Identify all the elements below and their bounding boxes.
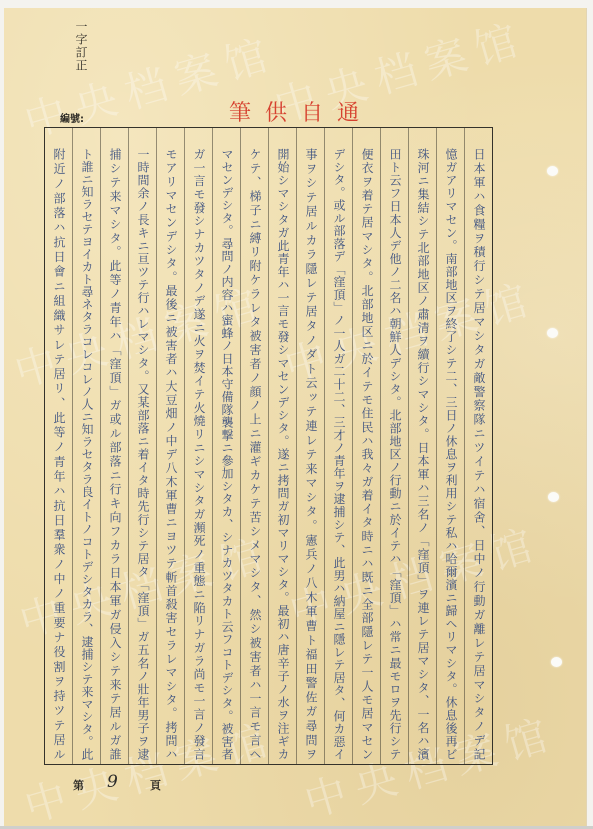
text-column: ガ一言モ發シナカツタノデ遂ニ火ヲ焚イテ火燒リニシマシタガ瀕死ノ重態ニ陥リナガラ尚… (184, 128, 212, 764)
column-text: ケテ、梯子ニ縛リ附ケラレタ被害者ノ顔ノ上ニ灌ギカケテ苦シメマシタ、然シ被害者ハ一… (241, 148, 268, 760)
page-label-prefix: 第 (73, 777, 84, 793)
text-column: 開始シマシタガ此青年ハ一言モ發シマセンデシタ。遂ニ拷問ガ初マリマシタ。最初ハ唐辛… (268, 128, 296, 764)
text-column: 珠河ニ集結シテ北部地区ノ肅清ヲ續行シマシタ。日本軍ハ三名ノ「窪頂」ヲ連レテ居マシ… (408, 128, 436, 764)
page-number: 9 (107, 772, 118, 792)
column-text: マセンデシタ。尋問ノ内容ハ蜜蜂ノ日本守備隊襲撃ニ參加シタカ、シナカツタカト云フコ… (213, 148, 240, 760)
column-text: 便衣ヲ着テ居マシタ。北部地区ニ於イテモ住民ハ我々ガ着イタ時ニハ既ニ全部隱レテ一人… (353, 148, 380, 760)
text-column: 捕シテ来マシタ。此等ノ青年ハ「窪頂」ガ或ル部落ニ行キ向フカラ日本軍ガ侵入シテ来テ… (100, 128, 128, 764)
punch-hole (548, 492, 559, 502)
column-text: 開始シマシタガ此青年ハ一言モ發シマセンデシタ。遂ニ拷問ガ初マリマシタ。最初ハ唐辛… (269, 148, 296, 760)
column-text: 捕シテ来マシタ。此等ノ青年ハ「窪頂」ガ或ル部落ニ行キ向フカラ日本軍ガ侵入シテ来テ… (101, 148, 128, 760)
manuscript-grid: 日本軍ハ食糧ヲ積行シテ居マシタガ敵警察隊ニツイテハ宿舍、日中ノ行動ガ離レテ居マシ… (44, 127, 493, 765)
text-column: 附近ノ部落ハ抗日會ニ組織サレテ居リ、此等ノ青年ハ抗日羣衆ノ中ノ重要ナ役割ヲ持ツテ… (45, 128, 72, 764)
text-column: 田ト云フ日本人デ他ノ二名ハ朝鮮人デシタ。北部地区ノ行動ニ於イテハ「窪頂」ハ常ニ最… (380, 128, 408, 764)
text-column: ト誰ニ知ラセテヨイカト尋ネタラコレコレノ人ニ知ラセタラ良イトノコトデシタカラ、逮… (72, 128, 100, 764)
column-text: 珠河ニ集結シテ北部地区ノ肅清ヲ續行シマシタ。日本軍ハ三名ノ「窪頂」ヲ連レテ居マシ… (409, 148, 436, 760)
column-text: 日本軍ハ食糧ヲ積行シテ居マシタガ敵警察隊ニツイテハ宿舍、日中ノ行動ガ離レテ居マシ… (465, 148, 492, 760)
text-column: マセンデシタ。尋問ノ内容ハ蜜蜂ノ日本守備隊襲撃ニ參加シタカ、シナカツタカト云フコ… (212, 128, 240, 764)
column-text: 一時間余ノ長キニ亘ツテ行ハレマシタ。又某部落ニ着イタ時先行シテ居タ「窪頂」ガ五名… (129, 148, 156, 760)
text-column: 事ヲシテ居ルカラ隱レテ居タノダト云ッテ連レテ来マシタ。憲兵ノ八木軍曹ト福田警佐ガ… (296, 128, 324, 764)
text-column: ケテ、梯子ニ縛リ附ケラレタ被害者ノ顔ノ上ニ灌ギカケテ苦シメマシタ、然シ被害者ハ一… (240, 128, 268, 764)
column-text: モアリマセンデシタ。最後ニ被害者ハ大豆畑ノ中デ八木軍曹ニヨツテ斬首殺害セラレマシ… (157, 148, 184, 760)
punch-hole (551, 657, 562, 667)
text-column: 日本軍ハ食糧ヲ積行シテ居マシタガ敵警察隊ニツイテハ宿舍、日中ノ行動ガ離レテ居マシ… (464, 128, 492, 764)
punch-hole (547, 166, 558, 176)
column-text: ト誰ニ知ラセテヨイカト尋ネタラコレコレノ人ニ知ラセタラ良イトノコトデシタカラ、逮… (73, 148, 100, 760)
column-text: デシタ。或ル部落デ「窪頂」ノ一人ガ二十二、三才ノ青年ヲ逮捕シテ、此男ハ納屋ニ隱レ… (325, 148, 352, 760)
column-text: ガ一言モ發シナカツタノデ遂ニ火ヲ焚イテ火燒リニシマシタガ瀕死ノ重態ニ陥リナガラ尚… (185, 148, 212, 760)
column-text: 附近ノ部落ハ抗日會ニ組織サレテ居リ、此等ノ青年ハ抗日羣衆ノ中ノ重要ナ役割ヲ持ツテ… (45, 148, 72, 760)
text-column: デシタ。或ル部落デ「窪頂」ノ一人ガ二十二、三才ノ青年ヲ逮捕シテ、此男ハ納屋ニ隱レ… (324, 128, 352, 764)
page-label-suffix: 頁 (150, 777, 161, 793)
number-label: 編號: (60, 110, 84, 125)
text-column: 便衣ヲ着テ居マシタ。北部地区ニ於イテモ住民ハ我々ガ着イタ時ニハ既ニ全部隱レテ一人… (352, 128, 380, 764)
document-title: 筆供自通 (229, 96, 373, 127)
column-text: 憶ガアリマセン。南部地区ヲ終了シテ二、三日ノ休息ヲ利用シテ私ハ哈爾濱ニ歸ヘリマシ… (437, 148, 464, 760)
text-column: 憶ガアリマセン。南部地区ヲ終了シテ二、三日ノ休息ヲ利用シテ私ハ哈爾濱ニ歸ヘリマシ… (436, 128, 464, 764)
margin-correction-note: 一字訂正 (74, 20, 88, 72)
punch-hole (547, 328, 558, 338)
column-text: 田ト云フ日本人デ他ノ二名ハ朝鮮人デシタ。北部地区ノ行動ニ於イテハ「窪頂」ハ常ニ最… (381, 148, 408, 760)
text-column: 一時間余ノ長キニ亘ツテ行ハレマシタ。又某部落ニ着イタ時先行シテ居タ「窪頂」ガ五名… (128, 128, 156, 764)
column-text: 事ヲシテ居ルカラ隱レテ居タノダト云ッテ連レテ来マシタ。憲兵ノ八木軍曹ト福田警佐ガ… (297, 148, 324, 760)
text-column: モアリマセンデシタ。最後ニ被害者ハ大豆畑ノ中デ八木軍曹ニヨツテ斬首殺害セラレマシ… (156, 128, 184, 764)
